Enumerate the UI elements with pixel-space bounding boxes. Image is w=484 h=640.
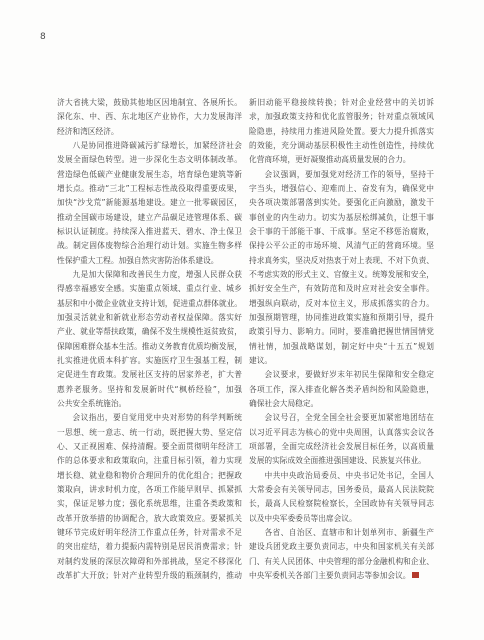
text-line: 改革扩大开放；针对产业转型升级的瓶颈制约，推动 <box>57 569 242 583</box>
text-line: 抓好安全生产，有效防范和及时应对社会安全事件。 <box>249 282 434 296</box>
text-line: 战。制定固体废物综合治理行动计划。实施生物多样 <box>57 239 242 253</box>
text-line: 经济和湾区经济。 <box>57 125 242 139</box>
text-line: 改革开放举措的协调配合，放大政策效应。要紧抓关 <box>57 512 242 526</box>
text-line: 政策引导力、影响力。同时，要准确把握世情国情党 <box>249 325 434 339</box>
text-line: 各省、自治区、直辖市和计划单列市、新疆生产 <box>249 526 434 540</box>
end-of-article-mark <box>412 572 419 579</box>
text-columns: 济大省挑大梁，鼓励其他地区因地制宜、各展所长。深化东、中、西、东北地区产业协作，… <box>57 96 434 583</box>
text-line: 的突出症结，着力提振内需特别是居民消费需求；针 <box>57 540 242 554</box>
text-line: 心、又正视困难、保持清醒。要全面贯彻明年经济工 <box>57 440 242 454</box>
text-line: 确保社会大局稳定。 <box>249 397 434 411</box>
text-line: 会议强调，要加强党对经济工作的领导，坚持干 <box>249 168 434 182</box>
text-line: 推动全国碳市场建设，建立产品碳足迹管理体系、碳 <box>57 211 242 225</box>
text-line: 扎实推进优质本科扩容。实施医疗卫生强基工程，制 <box>57 354 242 368</box>
text-line: 建设兵团党政主要负责同志，中央和国家机关有关部 <box>249 540 434 554</box>
text-line: 各项工作，深入排查化解各类矛盾纠纷和风险隐患， <box>249 383 434 397</box>
text-line: 事创业的内生动力。切实为基层松绑减负，让想干事 <box>249 211 434 225</box>
text-line: 会议指出，要自觉用党中央对形势的科学判断统 <box>57 411 242 425</box>
text-line: 作的总体要求和政策取向，注重目标引领，着力实现 <box>57 454 242 468</box>
text-line: 加快“沙戈荒”新能源基地建设。建立一批零碳园区， <box>57 196 242 210</box>
text-line: 营造绿色低碳产业健康发展生态，培育绿色建筑等新 <box>57 168 242 182</box>
text-line: 新旧动能平稳接续转换；针对企业经营中的关切诉 <box>249 96 434 110</box>
text-line: 九是加大保障和改善民生力度，增强人民群众获 <box>57 268 242 282</box>
text-line: 性保护重大工程。加强自然灾害防治体系建设。 <box>57 254 242 268</box>
text-line: 增长点。推动“三北”工程标志性战役取得重要成果， <box>57 182 242 196</box>
text-line: 标识认证制度。持续深入推进蓝天、碧水、净土保卫 <box>57 225 242 239</box>
text-line: 八是协同推进降碳减污扩绿增长，加紧经济社会 <box>57 139 242 153</box>
text-line: 以习近平同志为核心的党中央周围，认真落实会议各 <box>249 426 434 440</box>
text-line: 公共安全系统施治。 <box>57 397 242 411</box>
text-column-left: 济大省挑大梁，鼓励其他地区因地制宜、各展所长。深化东、中、西、东北地区产业协作，… <box>57 96 242 583</box>
text-line: 对制约发展的深层次障碍和外部挑战，坚定不移深化 <box>57 555 242 569</box>
text-line: 策取向，讲求时机力度，各项工作能早则早、抓紧抓 <box>57 483 242 497</box>
text-line: 化营商环境，更好凝聚推动高质量发展的合力。 <box>249 153 434 167</box>
text-line: 长，最高人民检察院检察长，全国政协有关领导同志 <box>249 497 434 511</box>
text-line: 得感幸福感安全感。实施重点领域、重点行业、城乡 <box>57 282 242 296</box>
text-line: 大常委会有关领导同志，国务委员，最高人民法院院 <box>249 483 434 497</box>
text-line: 基层和中小微企业就业支持计划，促进重点群体就业。 <box>57 297 242 311</box>
text-line: 会干事的干部能干事、干成事。坚定不移惩治腐败， <box>249 225 434 239</box>
text-line: 中共中央政治局委员、中央书记处书记，全国人 <box>249 469 434 483</box>
text-line: 项部署，全面完成经济社会发展目标任务，以高质量 <box>249 440 434 454</box>
text-line: 定促进生育政策。发展社区支持的居家养老，扩大普 <box>57 368 242 382</box>
text-line: 键环节完成好明年经济工作重点任务，针对需求不足 <box>57 526 242 540</box>
text-line: 情社情，加强战略谋划，制定好中央“十五五”规划 <box>249 340 434 354</box>
text-line: 实，保证足够力度；强化系统思维，注重各类政策和 <box>57 497 242 511</box>
text-line: 增长稳、就业稳和物价合理回升的优化组合；把握政 <box>57 469 242 483</box>
text-line: 发展全面绿色转型。进一步深化生态文明体制改革。 <box>57 153 242 167</box>
text-line: 产业、就业等帮扶政策，确保不发生规模性返贫致贫， <box>57 325 242 339</box>
text-line: 门、有关人民团体、中央管理的部分金融机构和企业、 <box>249 555 434 569</box>
text-line: 保障困难群众基本生活。推动义务教育优质均衡发展， <box>57 340 242 354</box>
text-line: 会议号召，全党全国全社会要更加紧密地团结在 <box>249 411 434 425</box>
text-line: 保持公平公正的市场环境、风清气正的营商环境。坚 <box>249 239 434 253</box>
page-number: 8 <box>40 32 46 42</box>
text-line: 一思想、统一意志、统一行动，既把握大势、坚定信 <box>57 426 242 440</box>
text-line: 加强预期管理，协同推进政策实施和预期引导，提升 <box>249 311 434 325</box>
text-line: 惠养老服务。坚持和发展新时代“枫桥经验”，加强 <box>57 383 242 397</box>
text-line: 加强灵活就业和新就业形态劳动者权益保障。落实好 <box>57 311 242 325</box>
text-line: 中央军委机关各部门主要负责同志等参加会议。 <box>249 569 434 583</box>
text-line: 发展的实际成效全面推进强国建设、民族复兴伟业。 <box>249 454 434 468</box>
text-line: 字当头，增强信心、迎难而上、奋发有为，确保党中 <box>249 182 434 196</box>
text-line: 持求真务实，坚决反对热衷于对上表现、不对下负责、 <box>249 254 434 268</box>
text-line: 增强纵向联动，反对本位主义，形成抓落实的合力。 <box>249 297 434 311</box>
text-line: 险隐患，持续用力推进风险处置。要大力提升抓落实 <box>249 125 434 139</box>
text-line: 建议。 <box>249 354 434 368</box>
text-line: 会议要求，要做好岁末年初民生保障和安全稳定 <box>249 368 434 382</box>
text-line: 央各项决策部署落到实处。要强化正向激励，激发干 <box>249 196 434 210</box>
text-line: 济大省挑大梁，鼓励其他地区因地制宜、各展所长。 <box>57 96 242 110</box>
document-page: 8 济大省挑大梁，鼓励其他地区因地制宜、各展所长。深化东、中、西、东北地区产业协… <box>0 0 484 640</box>
text-line: 求，加强政策支持和优化监管服务；针对重点领域风 <box>249 110 434 124</box>
text-column-right: 新旧动能平稳接续转换；针对企业经营中的关切诉求，加强政策支持和优化监管服务；针对… <box>249 96 434 583</box>
text-line: 不考虑实效的形式主义、官僚主义。统筹发展和安全， <box>249 268 434 282</box>
text-line: 以及中央军委委员等出席会议。 <box>249 512 434 526</box>
text-line: 的效能，充分调动基层积极性主动性创造性，持续优 <box>249 139 434 153</box>
text-line: 深化东、中、西、东北地区产业协作，大力发展海洋 <box>57 110 242 124</box>
